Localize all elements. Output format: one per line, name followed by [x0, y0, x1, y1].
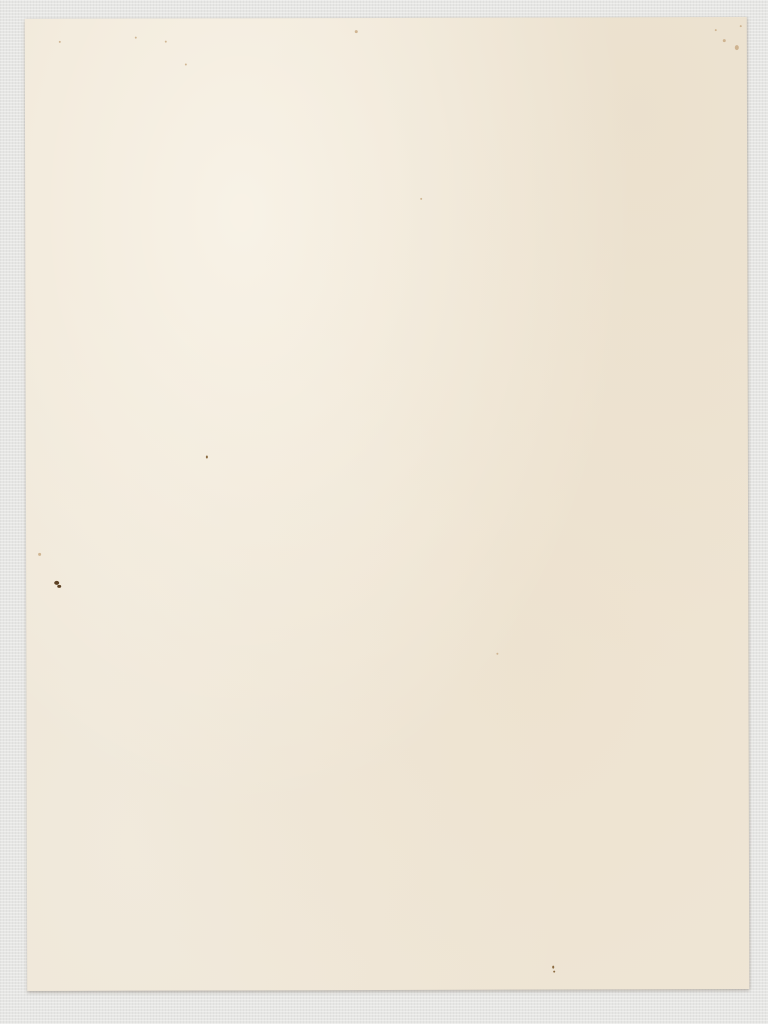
stain-spot	[165, 41, 167, 43]
stain-spot	[355, 30, 358, 33]
stain-spot	[723, 39, 726, 42]
stain-spot	[57, 585, 61, 588]
stain-spot	[735, 45, 739, 50]
stain-spot	[185, 64, 187, 66]
stain-spot	[553, 971, 555, 973]
stain-spot	[38, 553, 41, 556]
stain-spot	[552, 966, 554, 969]
stain-spot	[59, 41, 61, 43]
stain-spot	[206, 455, 208, 458]
stain-spot	[715, 29, 717, 31]
stain-spot	[135, 37, 137, 39]
stain-spot	[420, 198, 422, 200]
stain-spot	[740, 25, 742, 27]
aged-paper-sheet	[25, 17, 750, 991]
stain-spot	[496, 653, 498, 655]
